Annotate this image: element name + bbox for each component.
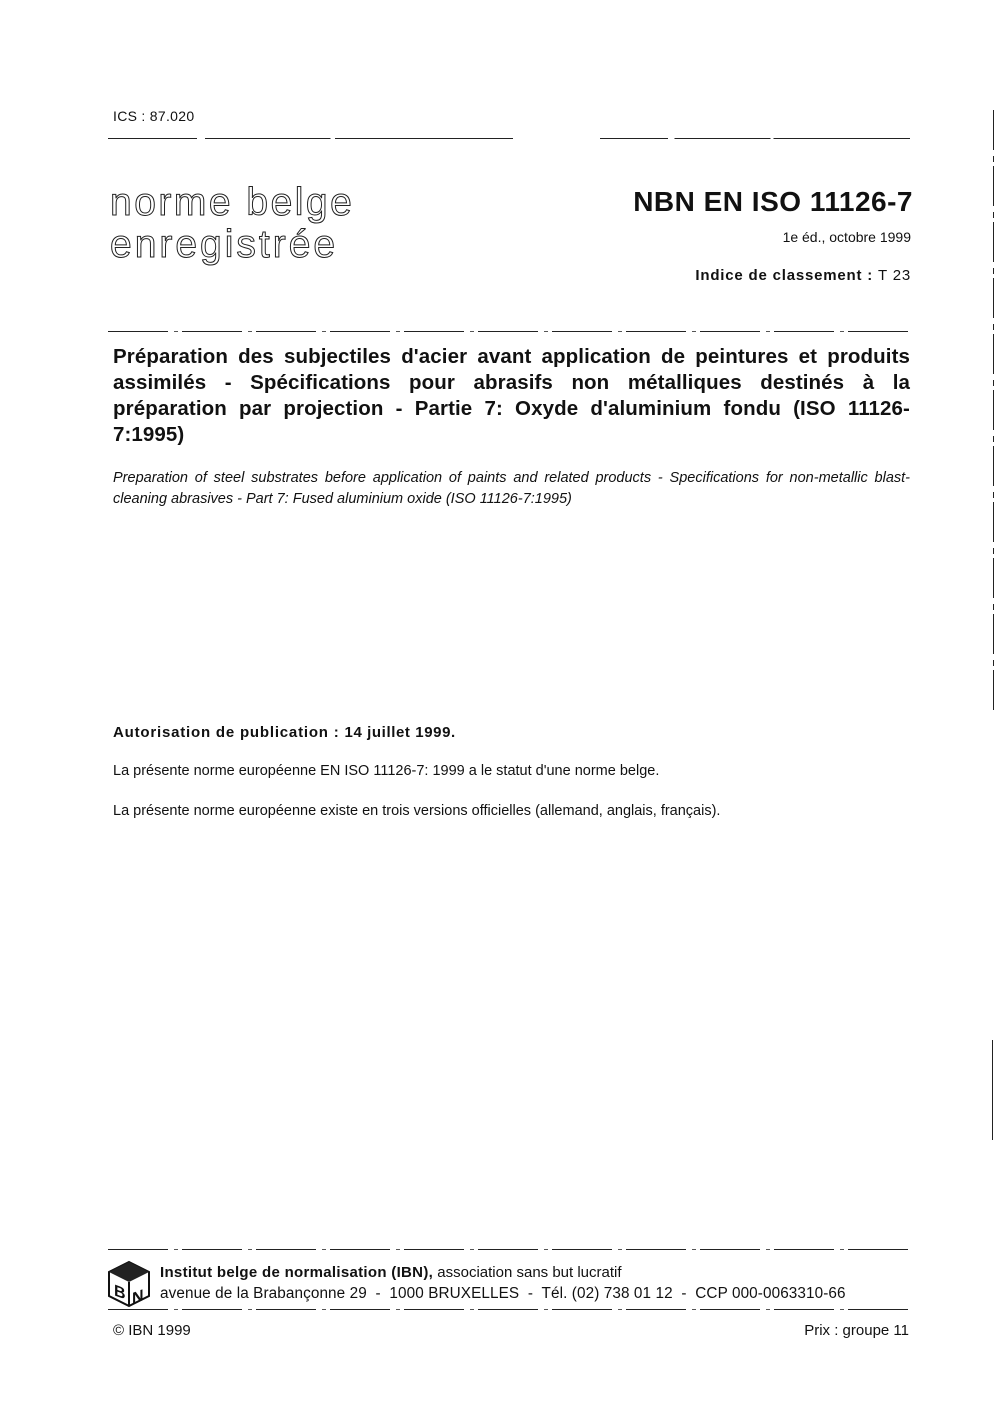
brand-line-2: enregistrée [110, 224, 354, 266]
ibn-cube-logo-icon: B N [105, 1260, 153, 1308]
footer-divider-top [108, 1249, 910, 1250]
top-divider [108, 138, 513, 139]
institute-line: Institut belge de normalisation (IBN), a… [160, 1264, 622, 1281]
title-divider [108, 331, 910, 332]
brand-wordmark: norme belge enregistrée [110, 182, 354, 266]
institute-name: Institut belge de normalisation (IBN), [160, 1264, 433, 1281]
publication-authorisation: Autorisation de publication : 14 juillet… [113, 724, 456, 741]
standard-number: NBN EN ISO 11126-7 [633, 186, 913, 218]
classification-index: Indice de classement : T 23 [695, 267, 911, 284]
svg-text:N: N [132, 1285, 144, 1308]
authorisation-date: 14 juillet 1999. [345, 724, 456, 741]
classification-label: Indice de classement : [695, 267, 873, 284]
copyright: © IBN 1999 [113, 1322, 191, 1339]
top-divider-right [600, 138, 910, 139]
classification-code: T 23 [878, 267, 911, 284]
authorisation-label: Autorisation de publication : [113, 724, 340, 741]
scan-edge-artifact [993, 110, 994, 710]
scan-edge-artifact-lower [992, 1040, 993, 1140]
institute-description: association sans but lucratif [433, 1264, 621, 1281]
institute-address: avenue de la Brabançonne 29 - 1000 BRUXE… [160, 1285, 846, 1303]
title-french: Préparation des subjectiles d'acier avan… [113, 344, 910, 448]
ics-code: ICS : 87.020 [113, 108, 194, 124]
brand-line-1: norme belge [110, 182, 354, 224]
status-paragraph: La présente norme européenne EN ISO 1112… [113, 763, 659, 779]
edition-date: 1e éd., octobre 1999 [783, 229, 911, 245]
footer-divider-bottom [108, 1309, 910, 1310]
price-group: Prix : groupe 11 [804, 1322, 909, 1339]
versions-paragraph: La présente norme européenne existe en t… [113, 803, 720, 819]
title-english: Preparation of steel substrates before a… [113, 468, 910, 510]
